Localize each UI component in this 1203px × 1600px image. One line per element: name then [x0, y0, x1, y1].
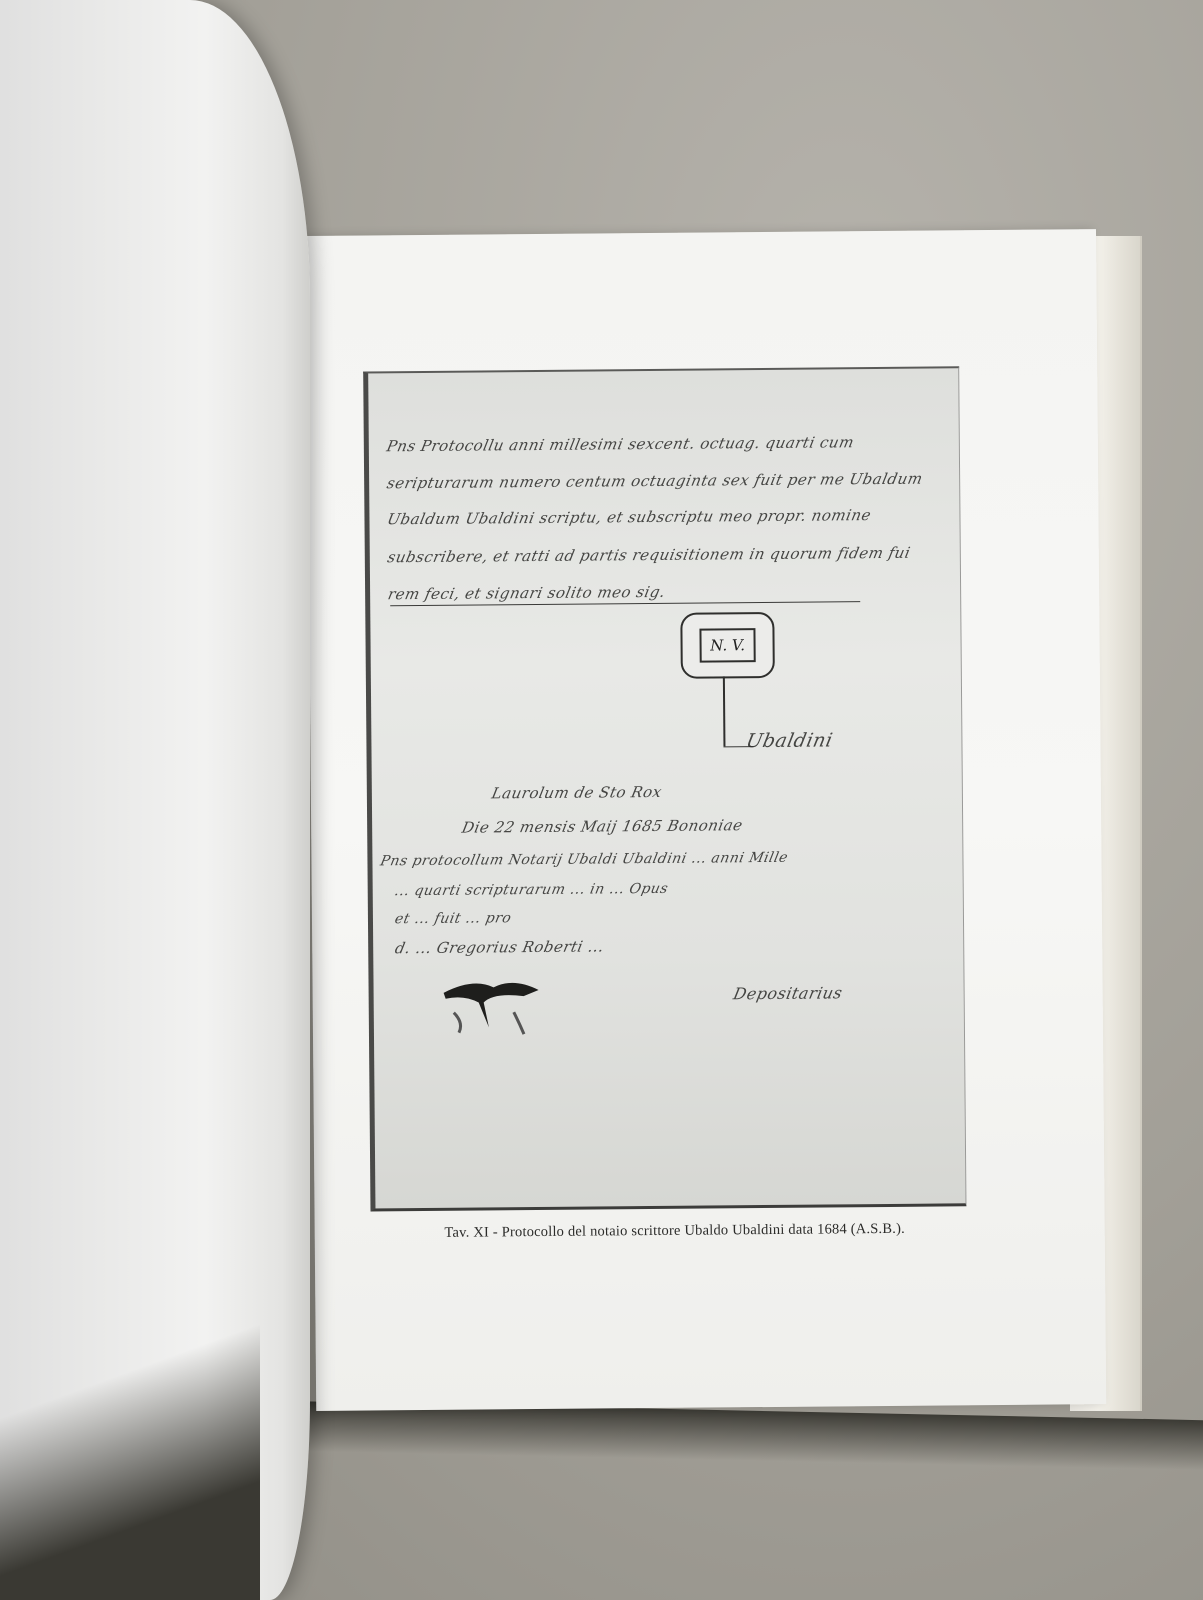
handwriting-line: Pns Protocollu anni millesimi sexcent. o…: [385, 433, 856, 455]
signature-ubaldini: Ubaldini: [744, 729, 835, 752]
right-page: Pns Protocollu anni millesimi sexcent. o…: [306, 229, 1106, 1411]
handwriting-line: Laurolum de Sto Rox: [490, 783, 664, 803]
signature-depositarius: Depositarius: [732, 983, 845, 1003]
handwriting-line: ... quarti scripturarum ... in ... Opus: [393, 881, 670, 899]
handwriting-line: et ... fuit ... pro: [393, 910, 513, 927]
handwriting-line: rem feci, et signari solito meo sig.: [386, 583, 667, 603]
handwriting-line: Pns protocollum Notarij Ubaldi Ubaldini …: [379, 850, 790, 870]
handwriting-line: d. ... Gregorius Roberti ...: [393, 937, 606, 957]
left-page-shadow: [0, 1300, 260, 1600]
handwriting-line: Ubaldum Ubaldini scriptu, et subscriptu …: [386, 506, 873, 528]
notary-seal: N. V.: [680, 612, 775, 679]
seal-stem: [723, 676, 726, 746]
handwriting-line: subscribere, et ratti ad partis requisit…: [386, 544, 912, 567]
handwriting-line: seripturarum numero centum octuaginta se…: [385, 470, 924, 493]
seal-monogram: N. V.: [699, 628, 755, 662]
handwriting-line: Die 22 mensis Maij 1685 Bononiae: [460, 816, 744, 836]
ink-blot-icon: [433, 972, 544, 1043]
manuscript-plate: Pns Protocollu anni millesimi sexcent. o…: [363, 366, 966, 1211]
plate-caption: Tav. XI - Protocollo del notaio scrittor…: [365, 1220, 985, 1242]
